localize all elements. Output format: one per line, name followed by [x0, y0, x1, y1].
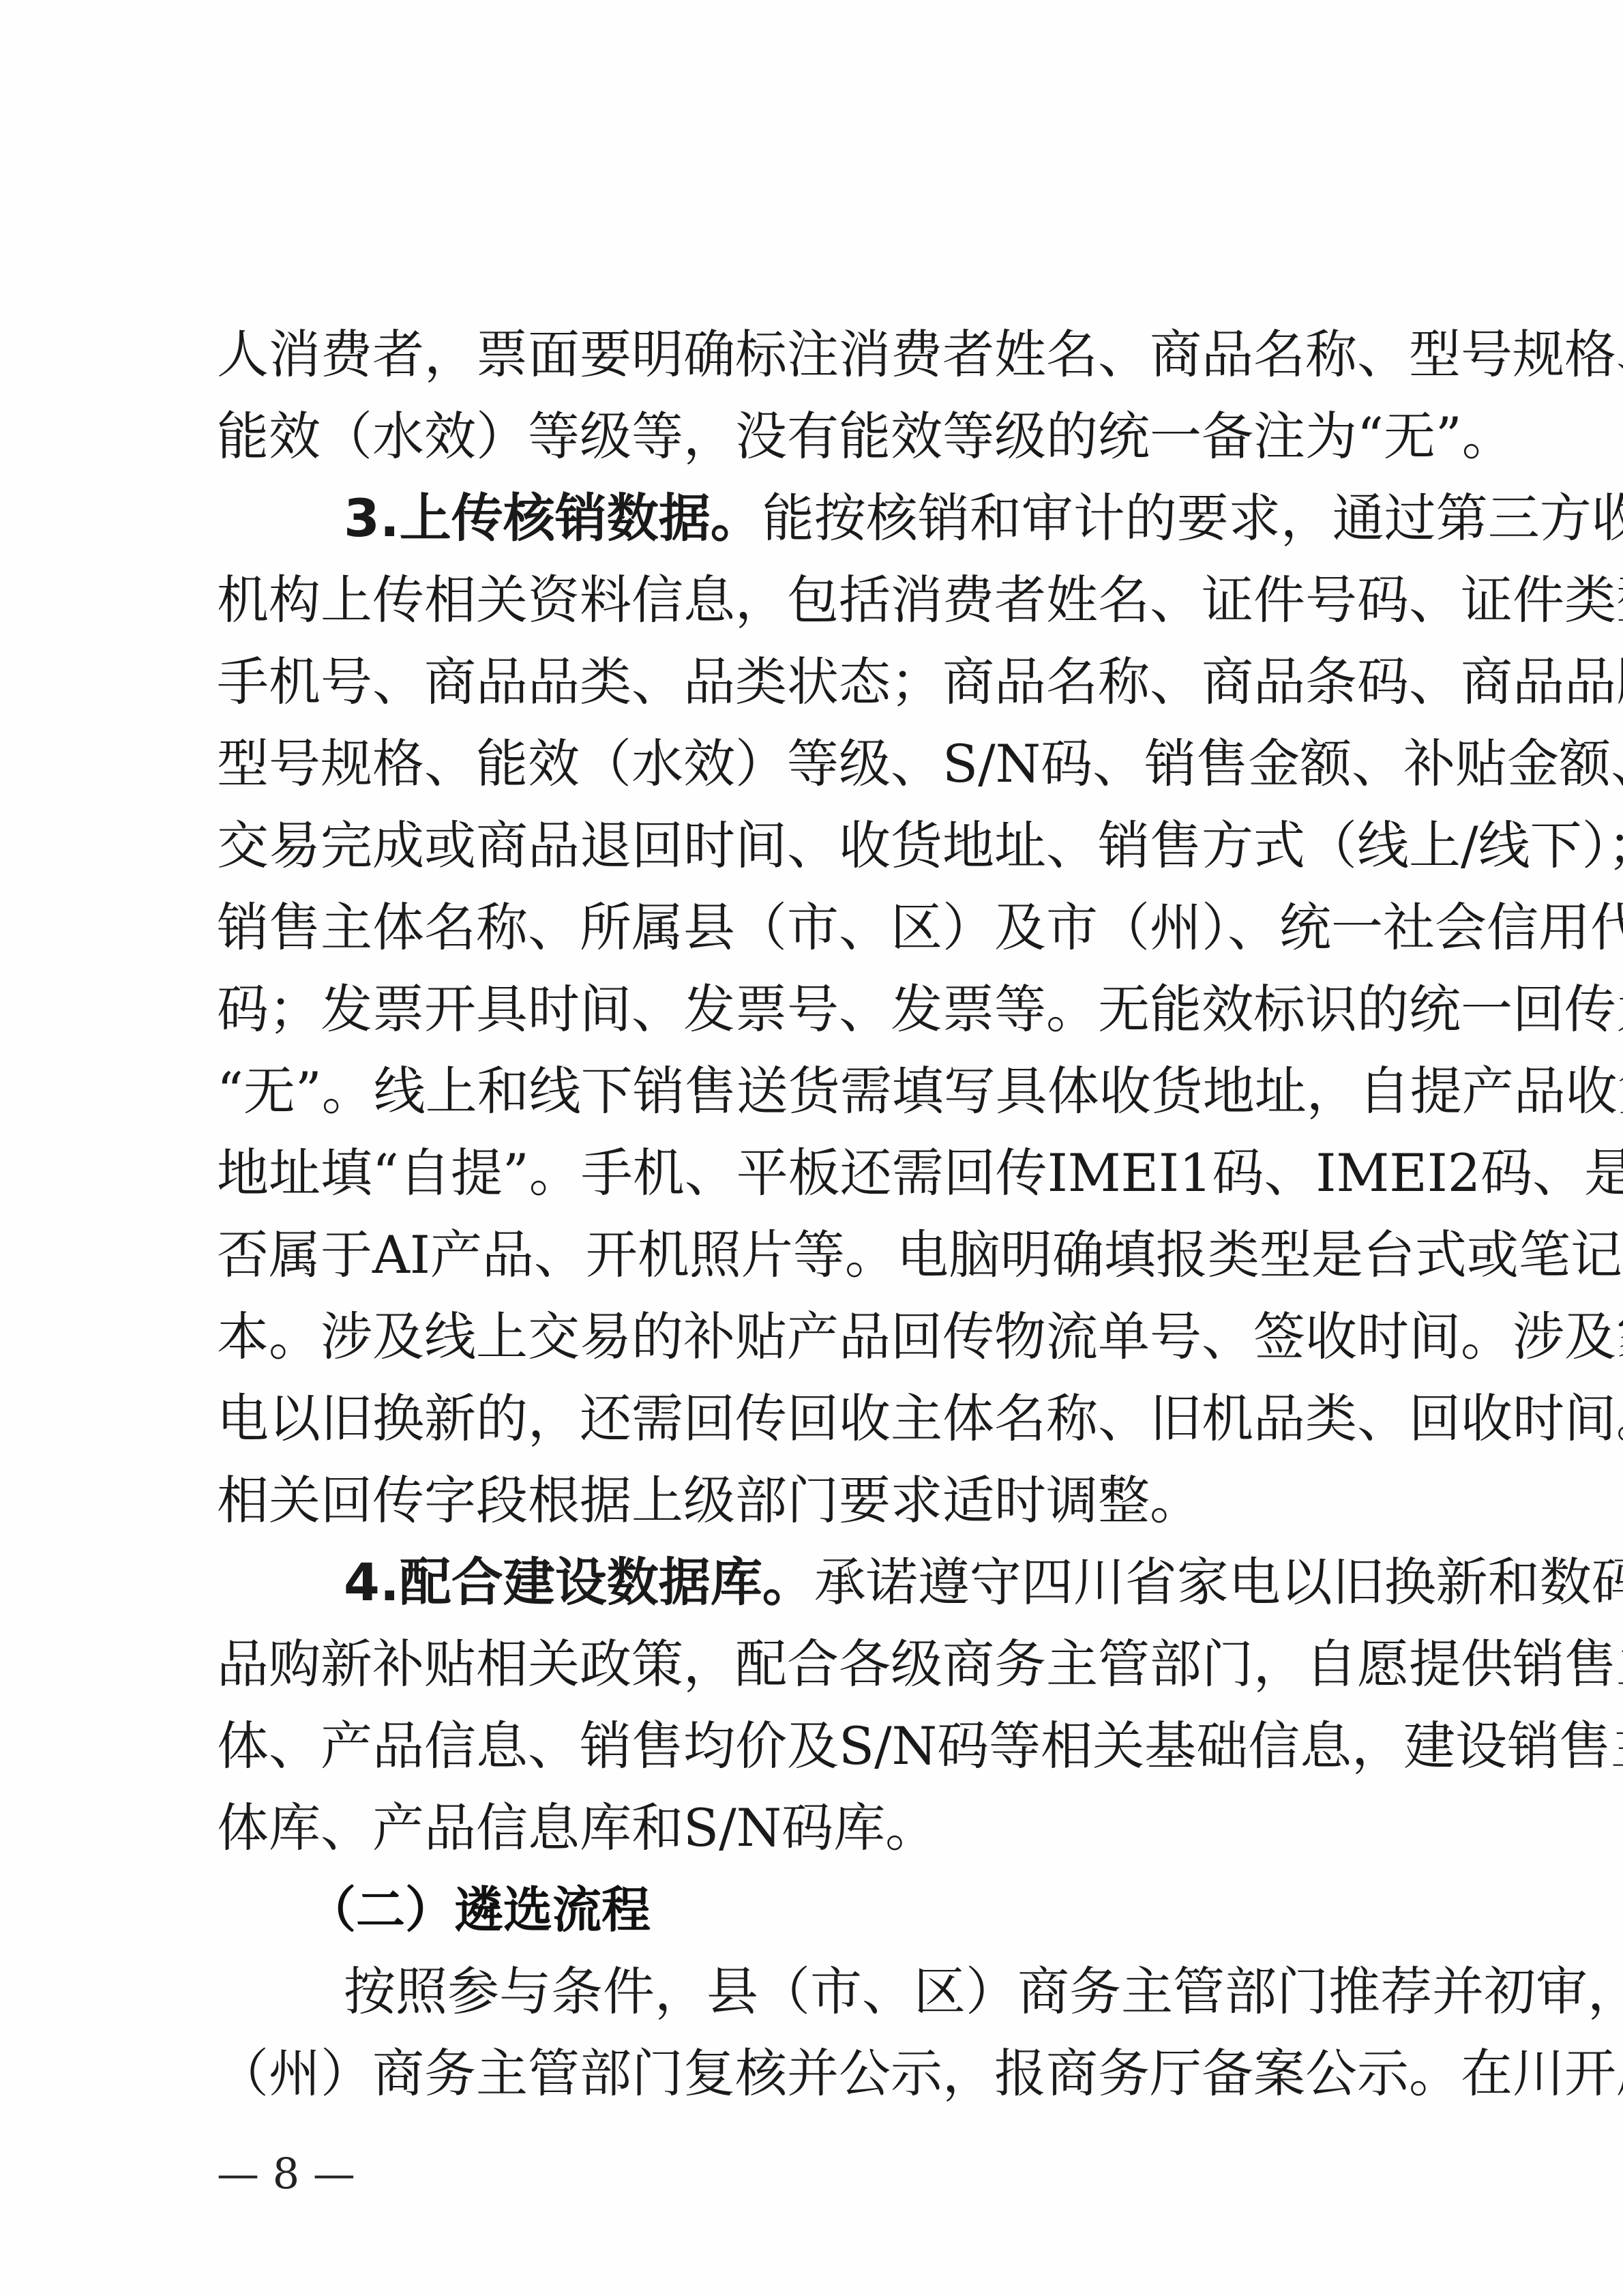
text-line: 人消费者，票面要明确标注消费者姓名、商品名称、型号规格、: [217, 317, 1431, 392]
text-line: 品购新补贴相关政策，配合各级商务主管部门，自愿提供销售主: [217, 1627, 1431, 1702]
text-line: 交易完成或商品退回时间、收货地址、销售方式（线上/线下）；: [217, 808, 1431, 883]
item-4-title: 4.配合建设数据库。: [344, 1552, 814, 1613]
text-line: 能效（水效）等级等，没有能效等级的统一备注为“无”。: [217, 399, 1431, 474]
text-line: 按照参与条件，县（市、区）商务主管部门推荐并初审，市: [217, 1954, 1431, 2029]
section-heading: （二）遴选流程: [307, 1872, 651, 1947]
text-line: 电以旧换新的，还需回传回收主体名称、旧机品类、回收时间。: [217, 1381, 1431, 1456]
text-line: 本。涉及线上交易的补贴产品回传物流单号、签收时间。涉及家: [217, 1299, 1431, 1374]
text-line: 手机号、商品品类、品类状态；商品名称、商品条码、商品品牌、: [217, 645, 1431, 720]
paragraph-item-4-first-line: 4.配合建设数据库。承诺遵守四川省家电以旧换新和数码产: [217, 1545, 1431, 1620]
text-line: 体、产品信息、销售均价及S/N码等相关基础信息，建设销售主: [217, 1709, 1431, 1784]
document-page: 人消费者，票面要明确标注消费者姓名、商品名称、型号规格、 能效（水效）等级等，没…: [0, 0, 1623, 2296]
text-line: 否属于AI产品、开机照片等。电脑明确填报类型是台式或笔记: [217, 1218, 1431, 1293]
text-line: 机构上传相关资料信息，包括消费者姓名、证件号码、证件类型、: [217, 563, 1431, 638]
page-number: — 8 —: [217, 2149, 355, 2198]
text-line: 码；发票开具时间、发票号、发票等。无能效标识的统一回传为: [217, 972, 1431, 1047]
paragraph-item-3-first-line: 3.上传核销数据。能按核销和审计的要求，通过第三方收单: [217, 481, 1431, 556]
text-line: 型号规格、能效（水效）等级、S/N码、销售金额、补贴金额、: [217, 726, 1431, 801]
text-line: （州）商务主管部门复核并公示，报商务厅备案公示。在川开展: [217, 2036, 1431, 2111]
text-line: 体库、产品信息库和S/N码库。: [217, 1791, 1431, 1866]
text-line: 销售主体名称、所属县（市、区）及市（州）、统一社会信用代: [217, 890, 1431, 965]
text-line: “无”。线上和线下销售送货需填写具体收货地址，自提产品收货: [217, 1054, 1431, 1129]
text-line: 相关回传字段根据上级部门要求适时调整。: [217, 1463, 1431, 1538]
text-line: 承诺遵守四川省家电以旧换新和数码产: [814, 1552, 1623, 1613]
item-3-title: 3.上传核销数据。: [344, 488, 762, 548]
text-line: 地址填“自提”。手机、平板还需回传IMEI1码、IMEI2码、是: [217, 1136, 1431, 1211]
text-line: 能按核销和审计的要求，通过第三方收单: [762, 488, 1623, 548]
